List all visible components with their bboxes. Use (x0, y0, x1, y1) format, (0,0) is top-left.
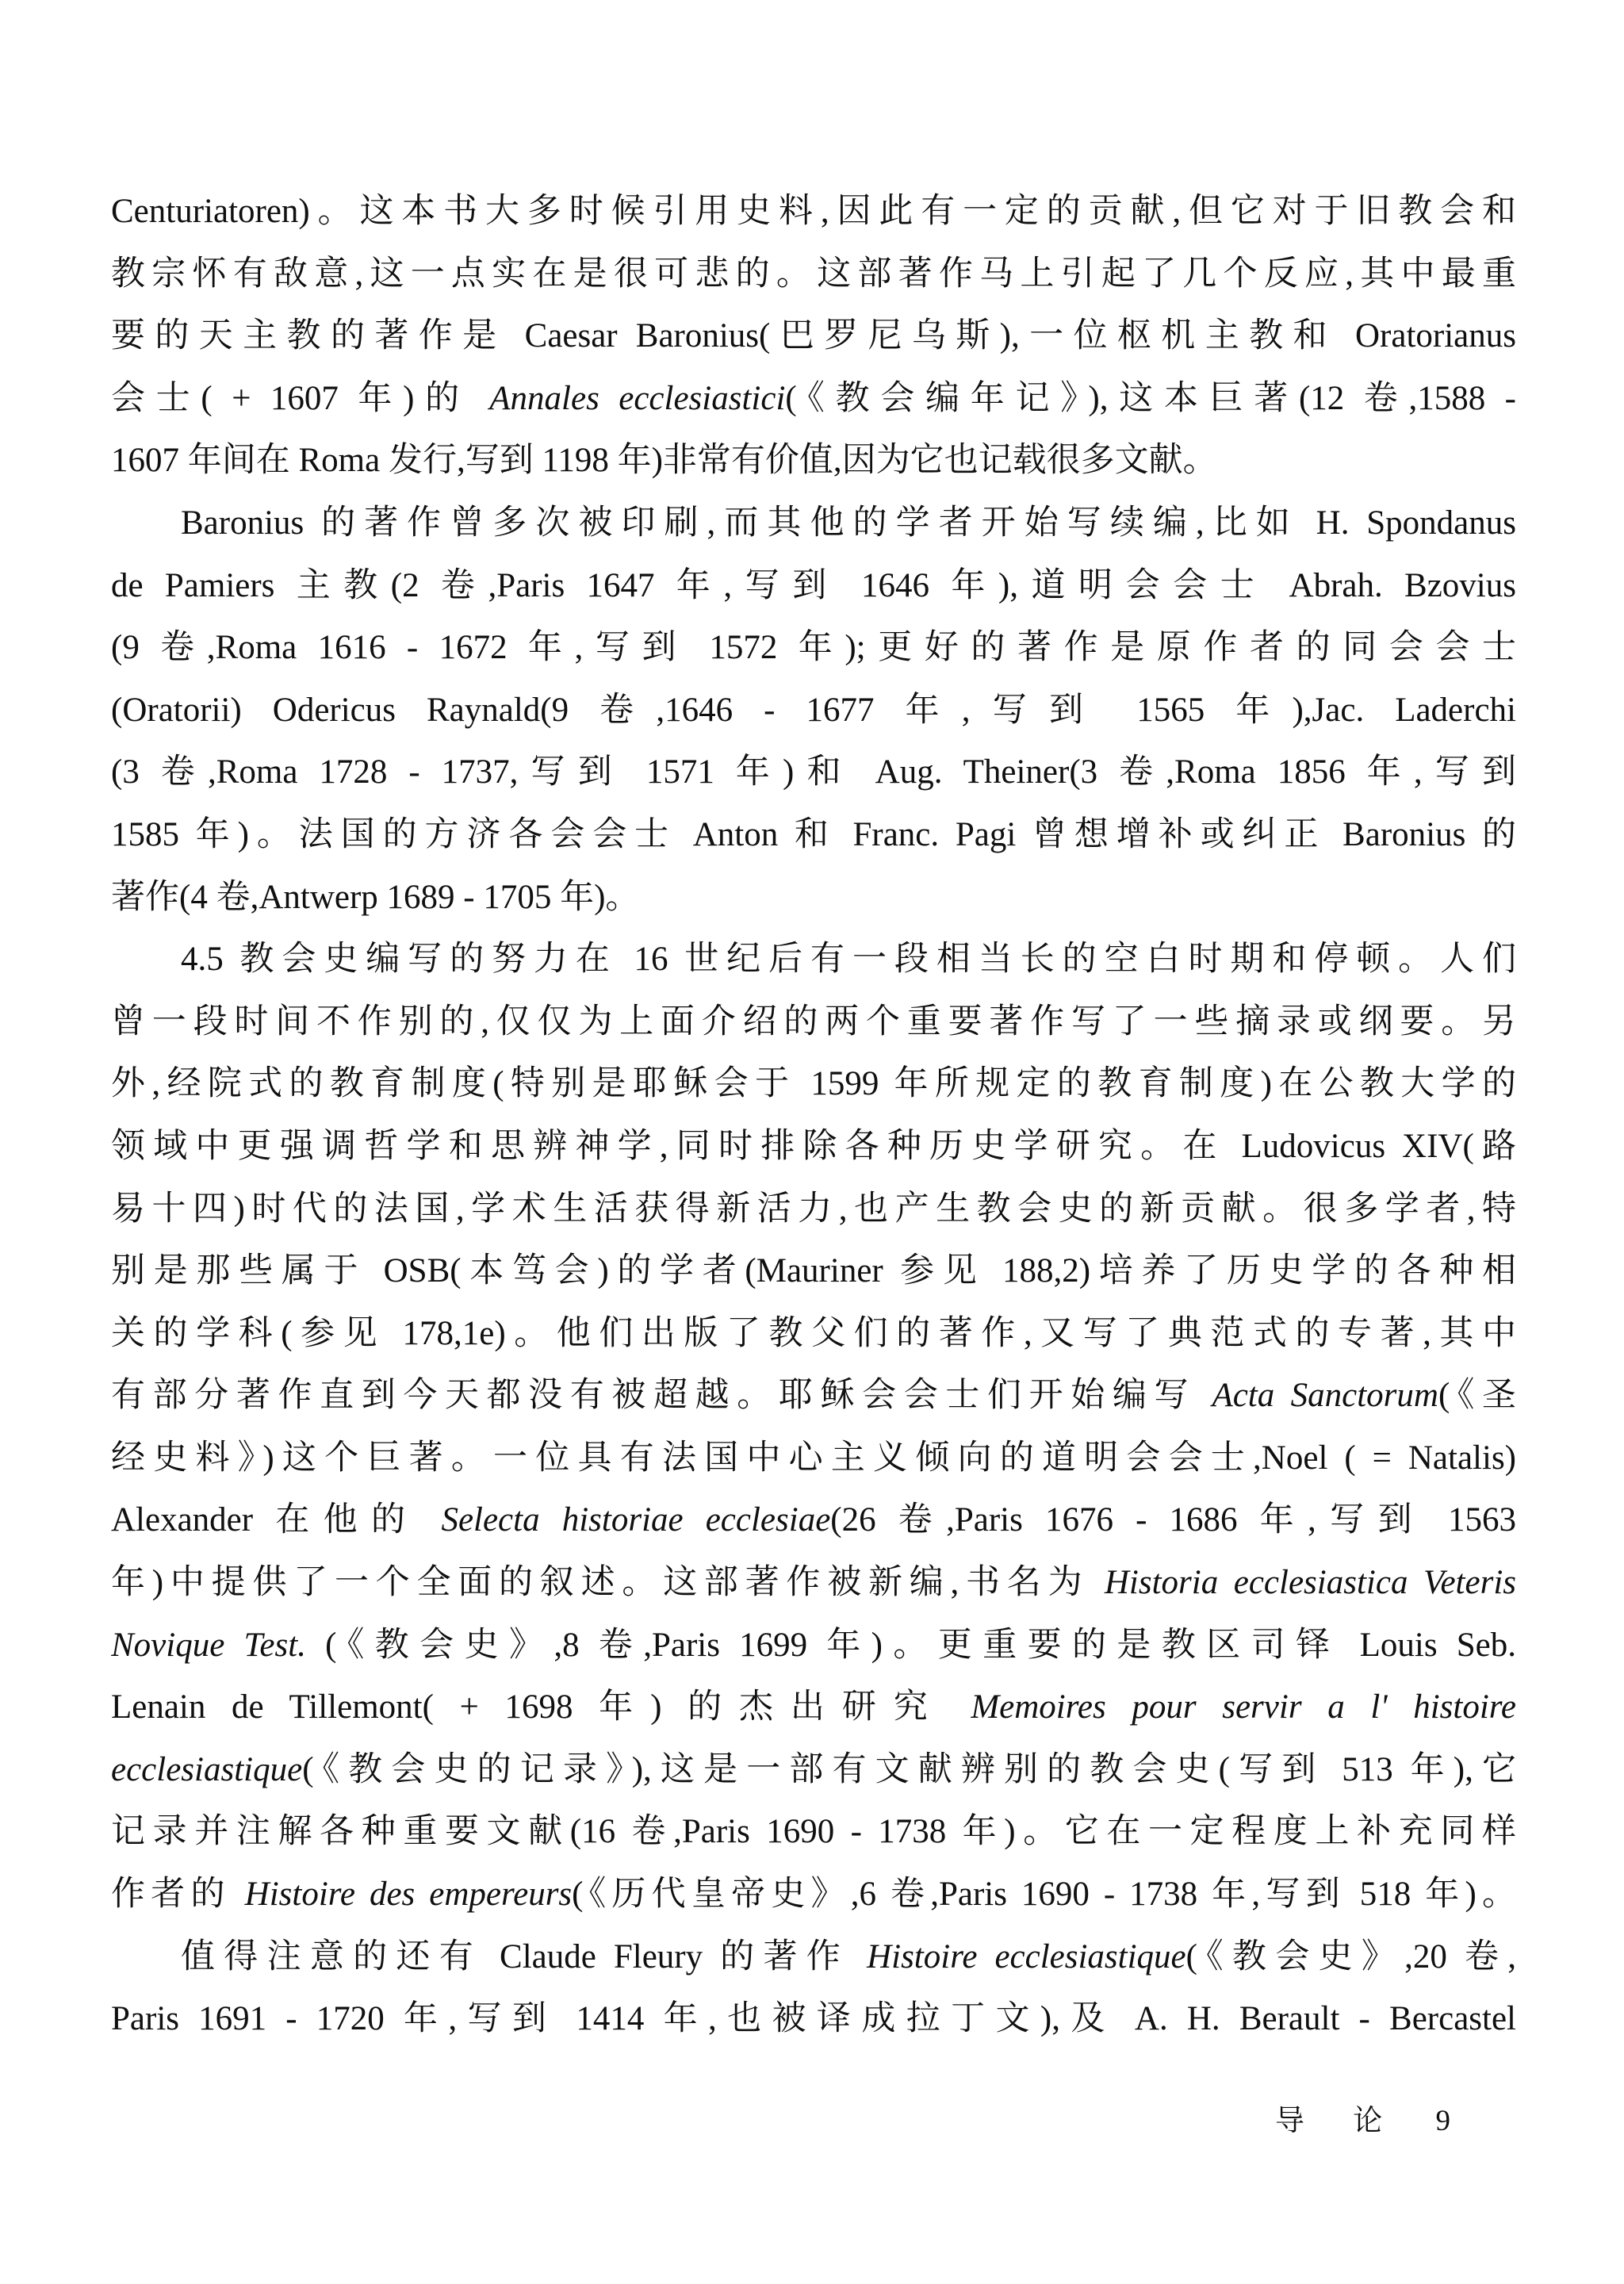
text-segment: 教宗怀有敌意,这一点实在是很可悲的。这部著作马上引起了几个反应,其中最重 (111, 255, 1516, 293)
text-segment: (《圣 (1438, 1377, 1516, 1414)
italic-book-title: Memoires pour servir a l' histoire (971, 1688, 1516, 1726)
text-segment: 外,经院式的教育制度(特别是耶稣会于 1599 年所规定的教育制度)在公教大学的 (111, 1065, 1516, 1102)
text-segment: 有部分著作直到今天都没有被超越。耶稣会会士们开始编写 (111, 1377, 1212, 1414)
text-line: 外,经院式的教育制度(特别是耶稣会于 1599 年所规定的教育制度)在公教大学的 (111, 1053, 1516, 1116)
text-segment: 年)中提供了一个全面的叙述。这部著作被新编,书名为 (111, 1564, 1105, 1601)
text-line: (Oratorii) Odericus Raynald(9 卷,1646 - 1… (111, 680, 1516, 742)
text-segment: 值得注意的还有 Claude Fleury 的著作 (181, 1938, 867, 1976)
text-line: 1607 年间在 Roma 发行,写到 1198 年)非常有价值,因为它也记载很… (111, 430, 1516, 492)
text-block: Centuriatoren)。这本书大多时候引用史料,因此有一定的贡献,但它对于… (111, 181, 1516, 2051)
text-segment: (《教会史的记录》),这是一部有文献辨别的教会史(写到 513 年),它 (302, 1751, 1516, 1788)
text-segment: (《教会史》,20 卷, (1186, 1938, 1516, 1976)
text-segment: (3 卷,Roma 1728 - 1737,写到 1571 年)和 Aug. T… (111, 753, 1516, 791)
italic-book-title: Annales ecclesiastici (489, 380, 785, 417)
text-line: ecclesiastique(《教会史的记录》),这是一部有文献辨别的教会史(写… (111, 1739, 1516, 1802)
paragraph: 值得注意的还有 Claude Fleury 的著作 Histoire eccle… (111, 1926, 1516, 2051)
text-segment: 记录并注解各种重要文献(16 卷,Paris 1690 - 1738 年)。它在… (111, 1813, 1516, 1850)
text-segment: 1607 年间在 Roma 发行,写到 1198 年)非常有价值,因为它也记载很… (111, 442, 1217, 479)
text-segment: 会士( + 1607 年)的 (111, 380, 489, 417)
text-line: (3 卷,Roma 1728 - 1737,写到 1571 年)和 Aug. T… (111, 742, 1516, 804)
italic-book-title: Historia ecclesiastica Veteris (1105, 1564, 1516, 1601)
text-segment: Centuriatoren)。这本书大多时候引用史料,因此有一定的贡献,但它对于… (111, 193, 1516, 230)
text-line: 1585 年)。法国的方济各会会士 Anton 和 Franc. Pagi 曾想… (111, 804, 1516, 867)
text-line: 领域中更强调哲学和思辨神学,同时排除各种历史学研究。在 Ludovicus XI… (111, 1116, 1516, 1178)
text-line: 有部分著作直到今天都没有被超越。耶稣会会士们开始编写 Acta Sanctoru… (111, 1365, 1516, 1427)
scanned-book-page: Centuriatoren)。这本书大多时候引用史料,因此有一定的贡献,但它对于… (0, 0, 1624, 2284)
text-line: Novique Test. (《教会史》,8 卷,Paris 1699 年)。更… (111, 1615, 1516, 1677)
text-line: Lenain de Tillemont( + 1698 年) 的杰出研究 Mem… (111, 1677, 1516, 1739)
text-line: Paris 1691 - 1720 年,写到 1414 年,也被译成拉丁文),及… (111, 1988, 1516, 2051)
text-segment: Baronius 的著作曾多次被印刷,而其他的学者开始写续编,比如 H. Spo… (181, 504, 1516, 542)
italic-book-title: Histoire ecclesiastique (867, 1938, 1186, 1976)
text-segment: 4.5 教会史编写的努力在 16 世纪后有一段相当长的空白时期和停顿。人们 (181, 941, 1516, 978)
text-line: 著作(4 卷,Antwerp 1689 - 1705 年)。 (111, 867, 1516, 929)
italic-book-title: Histoire des empereurs (245, 1876, 573, 1913)
text-segment: 易十四)时代的法国,学术生活获得新活力,也产生教会史的新贡献。很多学者,特 (111, 1190, 1516, 1228)
text-line: 会士( + 1607 年)的 Annales ecclesiastici(《教会… (111, 368, 1516, 431)
text-segment: Paris 1691 - 1720 年,写到 1414 年,也被译成拉丁文),及… (111, 2000, 1516, 2037)
text-line: 值得注意的还有 Claude Fleury 的著作 Histoire eccle… (111, 1926, 1516, 1989)
text-segment: Lenain de Tillemont( + 1698 年) 的杰出研究 (111, 1688, 971, 1726)
text-segment: Alexander 在他的 (111, 1501, 441, 1539)
italic-book-title: ecclesiastique (111, 1751, 302, 1788)
text-line: (9 卷,Roma 1616 - 1672 年,写到 1572 年);更好的著作… (111, 617, 1516, 680)
text-segment: 别是那些属于 OSB(本笃会)的学者(Mauriner 参见 188,2)培养了… (111, 1252, 1516, 1290)
text-line: 教宗怀有敌意,这一点实在是很可悲的。这部著作马上引起了几个反应,其中最重 (111, 243, 1516, 306)
text-segment: (26 卷,Paris 1676 - 1686 年,写到 1563 (830, 1501, 1516, 1539)
text-segment: 经史料》)这个巨著。一位具有法国中心主义倾向的道明会会士,Noel ( = Na… (111, 1439, 1516, 1477)
text-segment: (9 卷,Roma 1616 - 1672 年,写到 1572 年);更好的著作… (111, 629, 1516, 666)
footer-section-char: 导 (1275, 2105, 1304, 2137)
text-segment: de Pamiers 主教(2 卷,Paris 1647 年,写到 1646 年… (111, 567, 1516, 604)
text-segment: 关的学科(参见 178,1e)。他们出版了教父们的著作,又写了典范式的专著,其中 (111, 1315, 1516, 1352)
text-line: 4.5 教会史编写的努力在 16 世纪后有一段相当长的空白时期和停顿。人们 (111, 929, 1516, 991)
text-segment: 1585 年)。法国的方济各会会士 Anton 和 Franc. Pagi 曾想… (111, 816, 1516, 853)
text-line: 作者的 Histoire des empereurs(《历代皇帝史》,6 卷,P… (111, 1864, 1516, 1926)
text-line: Alexander 在他的 Selecta historiae ecclesia… (111, 1489, 1516, 1552)
text-line: Centuriatoren)。这本书大多时候引用史料,因此有一定的贡献,但它对于… (111, 181, 1516, 243)
text-line: 别是那些属于 OSB(本笃会)的学者(Mauriner 参见 188,2)培养了… (111, 1240, 1516, 1303)
text-segment: (《历代皇帝史》,6 卷,Paris 1690 - 1738 年,写到 518 … (572, 1876, 1516, 1913)
text-segment: (Oratorii) Odericus Raynald(9 卷,1646 - 1… (111, 692, 1516, 729)
text-line: 要的天主教的著作是 Caesar Baronius(巴罗尼乌斯),一位枢机主教和… (111, 305, 1516, 368)
paragraph: 4.5 教会史编写的努力在 16 世纪后有一段相当长的空白时期和停顿。人们曾一段… (111, 929, 1516, 1926)
text-line: 年)中提供了一个全面的叙述。这部著作被新编,书名为 Historia eccle… (111, 1552, 1516, 1615)
text-line: 记录并注解各种重要文献(16 卷,Paris 1690 - 1738 年)。它在… (111, 1801, 1516, 1864)
text-line: 曾一段时间不作别的,仅仅为上面介绍的两个重要著作写了一些摘录或纲要。另 (111, 991, 1516, 1054)
footer-page-number: 9 (1436, 2105, 1451, 2137)
italic-book-title: Novique Test. (111, 1627, 306, 1664)
paragraph: Centuriatoren)。这本书大多时候引用史料,因此有一定的贡献,但它对于… (111, 181, 1516, 492)
footer-section-char: 论 (1353, 2105, 1382, 2137)
page-footer: 导 论 9 (1275, 2103, 1450, 2140)
text-segment: 领域中更强调哲学和思辨神学,同时排除各种历史学研究。在 Ludovicus XI… (111, 1128, 1516, 1165)
italic-book-title: Selecta historiae ecclesiae (441, 1501, 830, 1539)
text-line: 易十四)时代的法国,学术生活获得新活力,也产生教会史的新贡献。很多学者,特 (111, 1178, 1516, 1241)
text-segment: 要的天主教的著作是 Caesar Baronius(巴罗尼乌斯),一位枢机主教和… (111, 317, 1516, 354)
paragraph: Baronius 的著作曾多次被印刷,而其他的学者开始写续编,比如 H. Spo… (111, 492, 1516, 929)
text-segment: (《教会史》,8 卷,Paris 1699 年)。更重要的是教区司铎 Louis… (306, 1627, 1516, 1664)
text-line: Baronius 的著作曾多次被印刷,而其他的学者开始写续编,比如 H. Spo… (111, 492, 1516, 555)
text-line: 经史料》)这个巨著。一位具有法国中心主义倾向的道明会会士,Noel ( = Na… (111, 1427, 1516, 1490)
text-line: 关的学科(参见 178,1e)。他们出版了教父们的著作,又写了典范式的专著,其中 (111, 1303, 1516, 1366)
text-segment: 曾一段时间不作别的,仅仅为上面介绍的两个重要著作写了一些摘录或纲要。另 (111, 1003, 1516, 1040)
text-segment: 作者的 (111, 1876, 245, 1913)
text-line: de Pamiers 主教(2 卷,Paris 1647 年,写到 1646 年… (111, 555, 1516, 618)
text-segment: (《教会编年记》),这本巨著(12 卷,1588 - (785, 380, 1516, 417)
text-segment: 著作(4 卷,Antwerp 1689 - 1705 年)。 (111, 879, 639, 916)
italic-book-title: Acta Sanctorum (1212, 1377, 1438, 1414)
